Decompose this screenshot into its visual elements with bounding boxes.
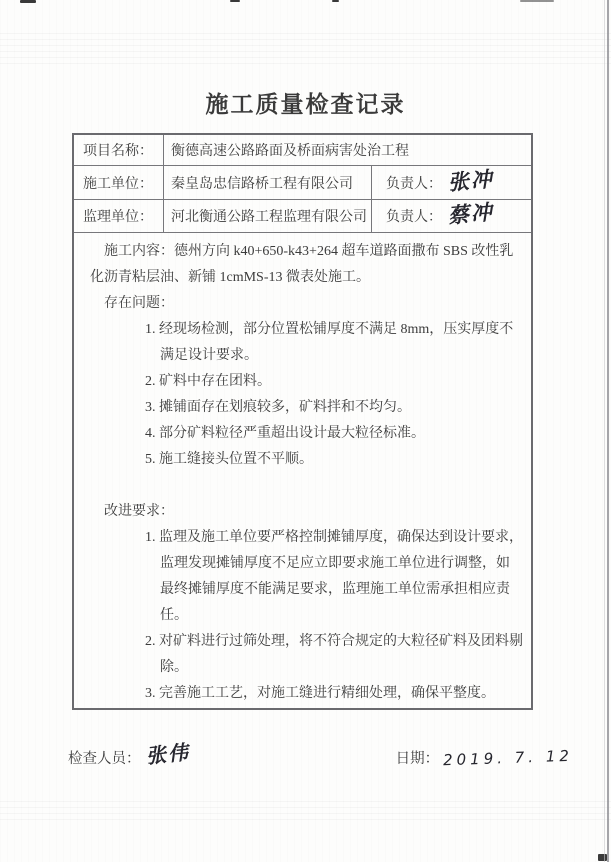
- inspection-detail-cell: 施工内容：德州方向 k40+650-k43+264 超车道路面撒布 SBS 改性…: [74, 233, 531, 708]
- problem-item-4: 4. 部分矿料粒径严重超出设计最大粒径标准。: [90, 421, 523, 447]
- problem-item-5: 5. 施工缝接头位置不平顺。: [90, 447, 523, 473]
- date-handwritten-value: 2019. 7. 12: [443, 747, 573, 770]
- footer-signature-row: 检查人员： 张伟 日期： 2019. 7. 12: [68, 740, 573, 769]
- inspection-form-table: 项目名称： 衡德高速公路路面及桥面病害处治工程 施工单位： 秦皇岛忠信路桥工程有…: [72, 133, 533, 710]
- inspector-label: 检查人员：: [68, 747, 141, 768]
- construction-unit-value: 秦皇岛忠信路桥工程有限公司: [164, 166, 371, 199]
- improvement-item-3: 3. 完善施工工艺，对施工缝进行精细处理，确保平整度。: [90, 681, 523, 707]
- supervision-responsible-signature: 蔡冲: [447, 196, 495, 230]
- construction-responsible-signature: 张冲: [447, 163, 495, 197]
- problems-heading: 存在问题：: [90, 291, 523, 317]
- table-row-supervision-unit: 监理单位： 河北衡通公路工程监理有限公司 负责人： 蔡冲: [74, 200, 531, 233]
- project-name-label: 项目名称：: [74, 135, 164, 165]
- date-block: 日期： 2019. 7. 12: [396, 747, 573, 768]
- improvements-heading: 改进要求：: [90, 499, 523, 525]
- scan-artifact-speck: [20, 0, 36, 3]
- scan-artifact-speck: [332, 0, 339, 2]
- problem-item-1: 1. 经现场检测，部分位置松铺厚度不满足 8mm，压实厚度不满足设计要求。: [90, 317, 523, 369]
- scan-band-bottom: [0, 796, 611, 820]
- table-row-project: 项目名称： 衡德高速公路路面及桥面病害处治工程: [74, 135, 531, 166]
- document-title: 施工质量检查记录: [0, 86, 611, 119]
- date-label: 日期：: [396, 747, 440, 768]
- problem-item-3: 3. 摊铺面存在划痕较多，矿料拌和不均匀。: [90, 395, 523, 421]
- construction-unit-label: 施工单位：: [74, 166, 164, 199]
- scan-band-top: [0, 30, 611, 64]
- scanner-edge-line-soft: [604, 0, 605, 862]
- improvement-item-2: 2. 对矿料进行过筛处理，将不符合规定的大粒径矿料及团料剔除。: [90, 629, 523, 681]
- scanned-inspection-record: 施工质量检查记录 项目名称： 衡德高速公路路面及桥面病害处治工程 施工单位： 秦…: [0, 0, 611, 862]
- construction-responsible-cell: 负责人： 张冲: [371, 166, 531, 199]
- construction-content-paragraph: 施工内容：德州方向 k40+650-k43+264 超车道路面撒布 SBS 改性…: [90, 239, 523, 291]
- responsible-person-label: 负责人：: [386, 206, 442, 226]
- scan-artifact-speck: [598, 854, 607, 861]
- problem-item-2: 2. 矿料中存在团料。: [90, 369, 523, 395]
- inspector-signature: 张伟: [144, 736, 191, 769]
- table-row-construction-unit: 施工单位： 秦皇岛忠信路桥工程有限公司 负责人： 张冲: [74, 166, 531, 200]
- responsible-person-label: 负责人：: [386, 173, 442, 193]
- scanner-edge-line: [607, 0, 609, 862]
- supervision-responsible-cell: 负责人： 蔡冲: [371, 200, 531, 232]
- scan-artifact-speck: [520, 0, 554, 2]
- project-name-value: 衡德高速公路路面及桥面病害处治工程: [164, 135, 531, 165]
- supervision-unit-label: 监理单位：: [74, 200, 164, 232]
- scan-artifact-speck: [230, 0, 240, 2]
- supervision-unit-value: 河北衡通公路工程监理有限公司: [164, 200, 371, 232]
- improvement-item-1: 1. 监理及施工单位要严格控制摊铺厚度，确保达到设计要求，监理发现摊铺厚度不足应…: [90, 525, 523, 629]
